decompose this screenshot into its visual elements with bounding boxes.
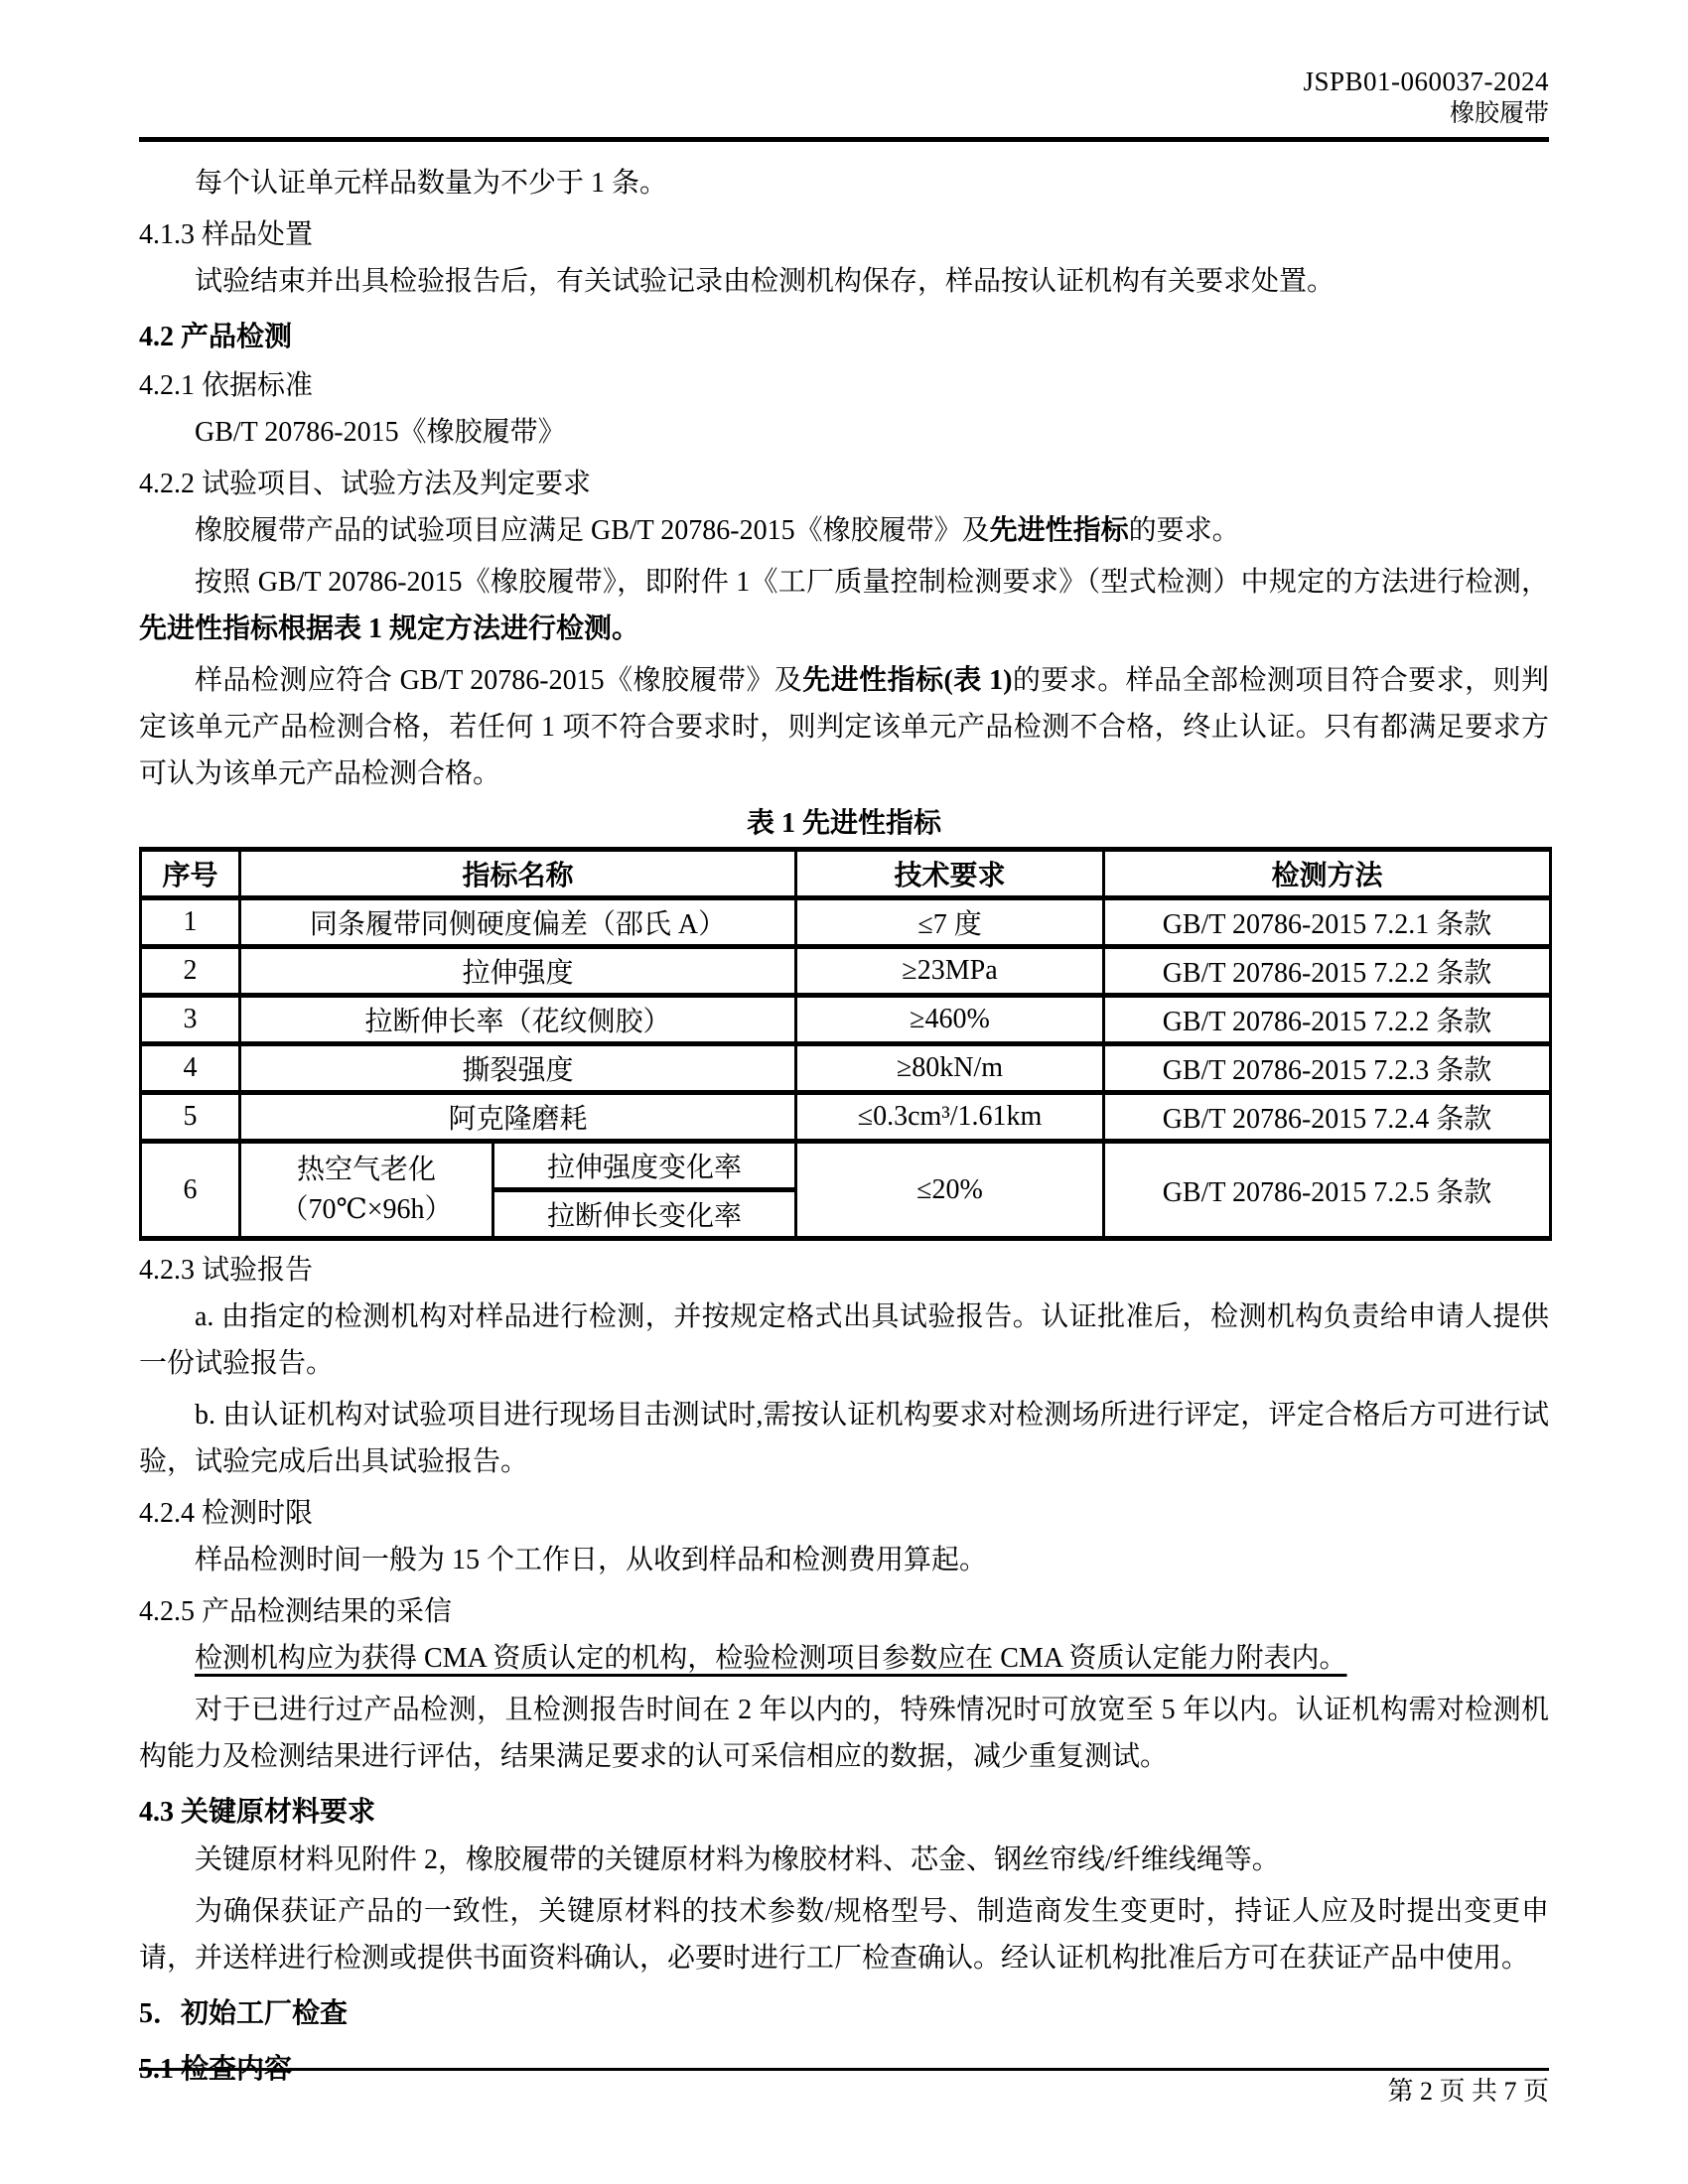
paragraph-4-1-3: 试验结束并出具检验报告后，有关试验记录由检测机构保存，样品按认证机构有关要求处置…	[139, 258, 1549, 305]
cell-method: GB/T 20786-2015 7.2.2 条款	[1104, 996, 1551, 1044]
cell-method: GB/T 20786-2015 7.2.4 条款	[1104, 1093, 1551, 1142]
column-header-name: 指标名称	[240, 850, 796, 898]
cell-requirement: ≤7 度	[796, 898, 1104, 947]
table-row: 5 阿克隆磨耗 ≤0.3cm³/1.61km GB/T 20786-2015 7…	[141, 1093, 1551, 1142]
heading-4-2-2: 4.2.2 试验项目、试验方法及判定要求	[139, 461, 1549, 507]
paragraph-4-2-1-standard: GB/T 20786-2015《橡胶履带》	[139, 409, 1549, 456]
cell-no: 2	[141, 947, 240, 996]
text-run-bold: 先进性指标(表 1)	[802, 665, 1012, 696]
paragraph-4-3-consistency: 为确保获证产品的一致性，关键原材料的技术参数/规格型号、制造商发生变更时，持证人…	[139, 1888, 1549, 1981]
text-run: 橡胶履带产品的试验项目应满足 GB/T 20786-2015《橡胶履带》及	[195, 515, 990, 546]
cell-requirement: ≤0.3cm³/1.61km	[796, 1093, 1104, 1142]
heading-4-2-1: 4.2.1 依据标准	[139, 362, 1549, 409]
document-body: 每个认证单元样品数量为不少于 1 条。 4.1.3 样品处置 试验结束并出具检验…	[0, 142, 1688, 2093]
table-header-row: 序号 指标名称 技术要求 检测方法	[141, 850, 1551, 898]
paragraph-4-2-2-method: 按照 GB/T 20786-2015《橡胶履带》，即附件 1《工厂质量控制检测要…	[139, 559, 1549, 652]
paragraph-4-3-materials: 关键原材料见附件 2，橡胶履带的关键原材料为橡胶材料、芯金、钢丝帘线/纤维线绳等…	[139, 1837, 1549, 1883]
paragraph-4-2-2-requirement: 橡胶履带产品的试验项目应满足 GB/T 20786-2015《橡胶履带》及先进性…	[139, 507, 1549, 554]
cell-name: 阿克隆磨耗	[240, 1093, 796, 1142]
page-header: JSPB01-060037-2024 橡胶履带	[0, 0, 1688, 129]
underlined-cma-requirement: 检测机构应为获得 CMA 资质认定的机构，检验检测项目参数应在 CMA 资质认定…	[195, 1643, 1347, 1674]
paragraph-4-2-5-acceptance: 对于已进行过产品检测，且检测报告时间在 2 年以内的，特殊情况时可放宽至 5 年…	[139, 1687, 1549, 1780]
cell-name: 撕裂强度	[240, 1044, 796, 1093]
heading-4-2-5: 4.2.5 产品检测结果的采信	[139, 1588, 1549, 1635]
paragraph-4-2-5-cma: 检测机构应为获得 CMA 资质认定的机构，检验检测项目参数应在 CMA 资质认定…	[139, 1635, 1549, 1682]
document-page: JSPB01-060037-2024 橡胶履带 每个认证单元样品数量为不少于 1…	[0, 0, 1688, 2184]
column-header-requirement: 技术要求	[796, 850, 1104, 898]
group-line-1: 热空气老化	[245, 1151, 488, 1190]
table-row: 3 拉断伸长率（花纹侧胶） ≥460% GB/T 20786-2015 7.2.…	[141, 996, 1551, 1044]
cell-no: 6	[141, 1142, 240, 1239]
cell-requirement: ≥80kN/m	[796, 1044, 1104, 1093]
paragraph-4-2-3-a: a. 由指定的检测机构对样品进行检测，并按规定格式出具试验报告。认证批准后，检测…	[139, 1294, 1549, 1387]
text-run-bold: 先进性指标	[990, 515, 1129, 546]
paragraph-4-2-4: 样品检测时间一般为 15 个工作日，从收到样品和检测费用算起。	[139, 1537, 1549, 1583]
cell-no: 4	[141, 1044, 240, 1093]
cell-requirement: ≤20%	[796, 1142, 1104, 1239]
heading-4-2: 4.2 产品检测	[139, 314, 1549, 360]
paragraph-sample-quantity: 每个认证单元样品数量为不少于 1 条。	[139, 160, 1549, 206]
cell-name: 拉伸强度	[240, 947, 796, 996]
cell-requirement: ≥460%	[796, 996, 1104, 1044]
cell-name-group: 热空气老化 （70℃×96h）	[240, 1142, 493, 1239]
cell-method: GB/T 20786-2015 7.2.2 条款	[1104, 947, 1551, 996]
doc-header-title: 橡胶履带	[139, 98, 1549, 129]
cell-method: GB/T 20786-2015 7.2.3 条款	[1104, 1044, 1551, 1093]
cell-method: GB/T 20786-2015 7.2.5 条款	[1104, 1142, 1551, 1239]
cell-name: 拉断伸长率（花纹侧胶）	[240, 996, 796, 1044]
paragraph-4-2-2-judgement: 样品检测应符合 GB/T 20786-2015《橡胶履带》及先进性指标(表 1)…	[139, 657, 1549, 797]
text-run: 按照 GB/T 20786-2015《橡胶履带》，即附件 1《工厂质量控制检测要…	[195, 567, 1549, 598]
table-row: 4 撕裂强度 ≥80kN/m GB/T 20786-2015 7.2.3 条款	[141, 1044, 1551, 1093]
cell-no: 5	[141, 1093, 240, 1142]
cell-requirement: ≥23MPa	[796, 947, 1104, 996]
table-caption: 表 1 先进性指标	[139, 802, 1549, 846]
text-run-bold: 先进性指标根据表 1 规定方法进行检测。	[139, 614, 639, 644]
heading-4-1-3: 4.1.3 样品处置	[139, 211, 1549, 258]
group-line-2: （70℃×96h）	[245, 1190, 488, 1230]
column-header-no: 序号	[141, 850, 240, 898]
doc-number: JSPB01-060037-2024	[139, 66, 1549, 98]
text-run: 样品检测应符合 GB/T 20786-2015《橡胶履带》及	[195, 665, 802, 696]
paragraph-4-2-3-b: b. 由认证机构对试验项目进行现场目击测试时,需按认证机构要求对检测场所进行评定…	[139, 1392, 1549, 1485]
page-number: 第 2 页 共 7 页	[1387, 2076, 1549, 2108]
advanced-indicator-table: 序号 指标名称 技术要求 检测方法 1 同条履带同侧硬度偏差（邵氏 A） ≤7 …	[139, 847, 1552, 1241]
cell-name: 同条履带同侧硬度偏差（邵氏 A）	[240, 898, 796, 947]
heading-5: 5．初始工厂检查	[139, 1990, 1549, 2037]
cell-sub-name: 拉伸强度变化率	[493, 1142, 796, 1190]
text-run: 的要求。	[1129, 515, 1240, 546]
table-row: 2 拉伸强度 ≥23MPa GB/T 20786-2015 7.2.2 条款	[141, 947, 1551, 996]
heading-4-2-3: 4.2.3 试验报告	[139, 1247, 1549, 1294]
heading-4-2-4: 4.2.4 检测时限	[139, 1490, 1549, 1537]
cell-no: 3	[141, 996, 240, 1044]
table-row: 1 同条履带同侧硬度偏差（邵氏 A） ≤7 度 GB/T 20786-2015 …	[141, 898, 1551, 947]
column-header-method: 检测方法	[1104, 850, 1551, 898]
footer-rule	[139, 2068, 1549, 2071]
cell-sub-name: 拉断伸长变化率	[493, 1190, 796, 1239]
table-row: 6 热空气老化 （70℃×96h） 拉伸强度变化率 ≤20% GB/T 2078…	[141, 1142, 1551, 1190]
cell-no: 1	[141, 898, 240, 947]
heading-4-3: 4.3 关键原材料要求	[139, 1789, 1549, 1836]
cell-method: GB/T 20786-2015 7.2.1 条款	[1104, 898, 1551, 947]
